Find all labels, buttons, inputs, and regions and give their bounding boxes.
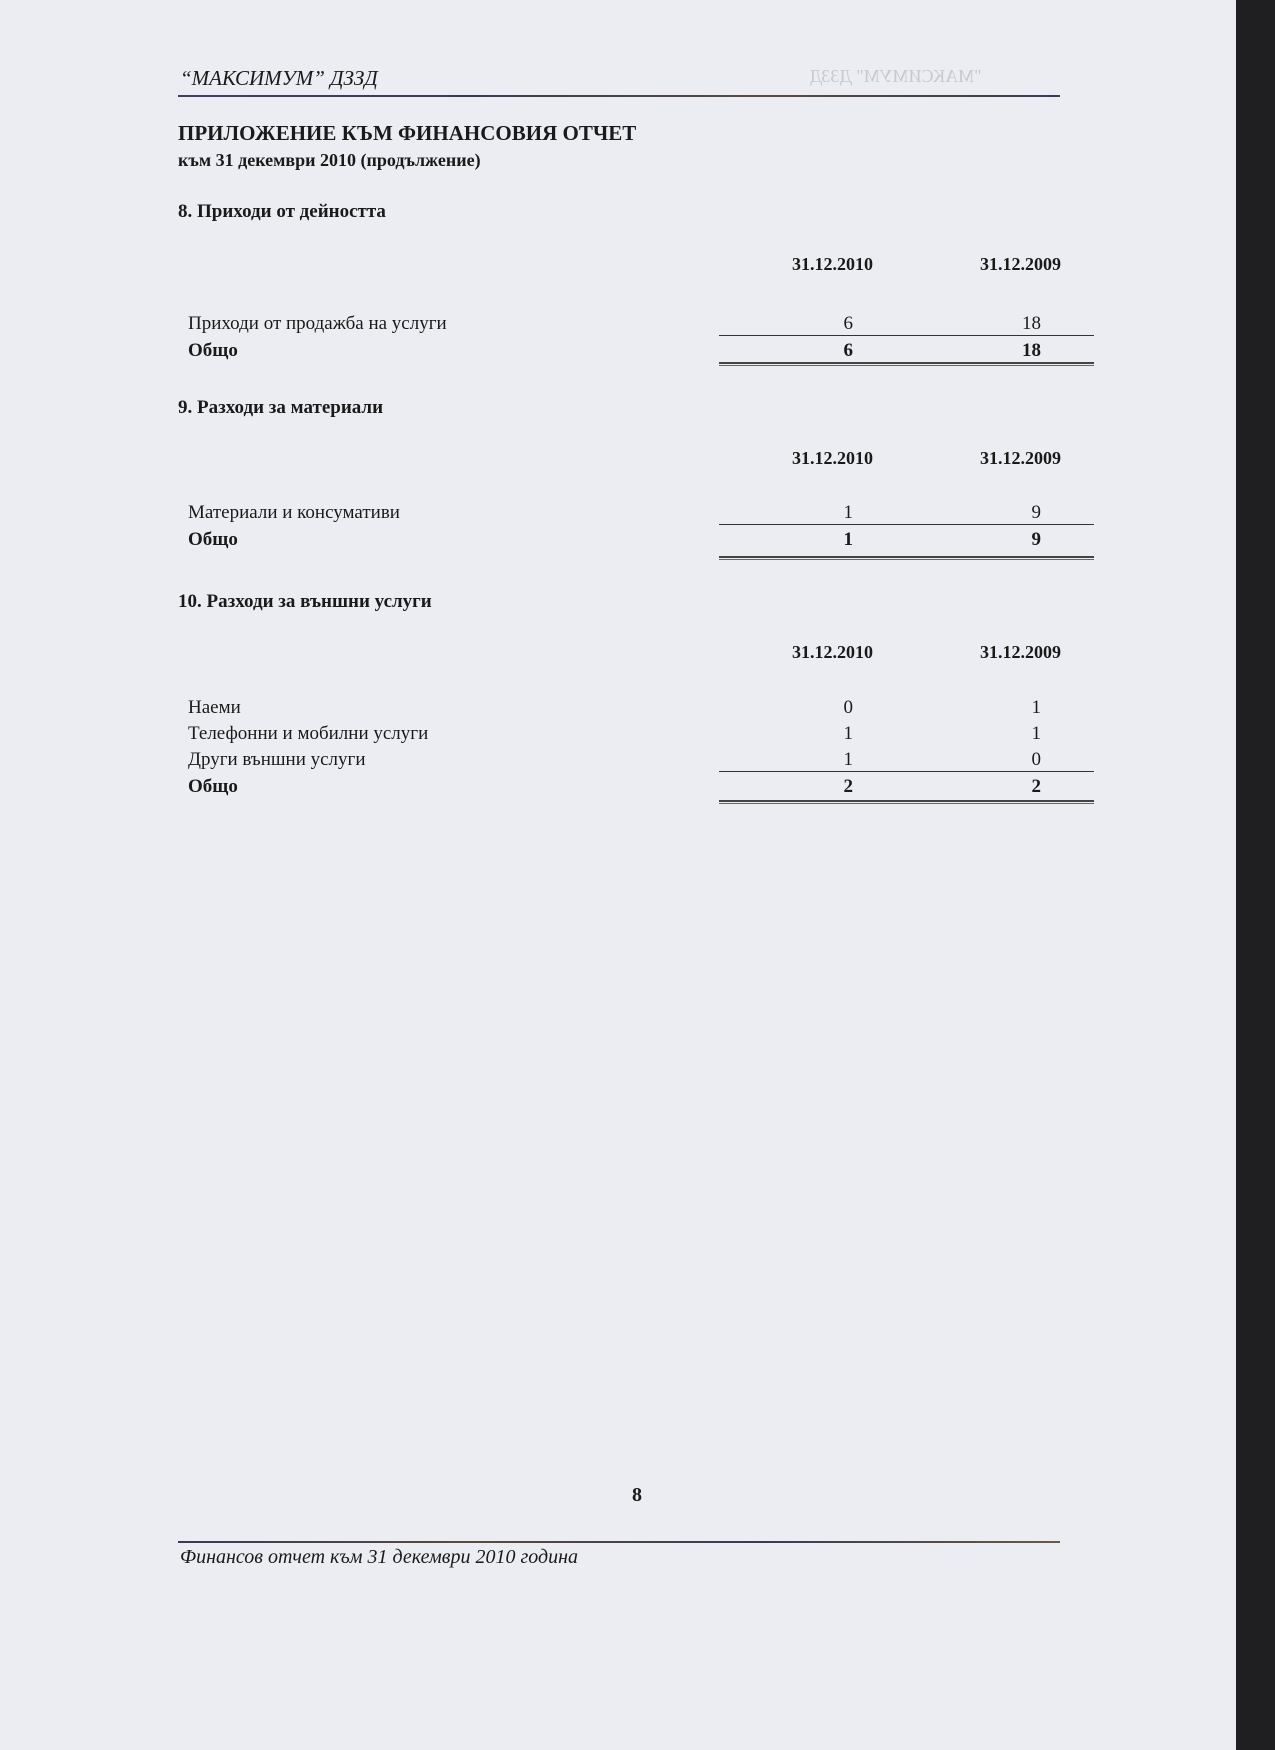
- total-2009: 2: [1001, 776, 1041, 798]
- total-2009: 9: [1001, 529, 1041, 551]
- total-2010: 6: [813, 340, 853, 362]
- value-2009: 0: [1001, 749, 1041, 771]
- value-2010: 1: [813, 502, 853, 524]
- page-number: 8: [632, 1484, 642, 1507]
- column-header-2009: 31.12.2009: [980, 448, 1061, 469]
- subtotal-rule: [719, 335, 1094, 336]
- column-header-2009: 31.12.2009: [980, 254, 1061, 275]
- document-page: "МАКСИМУМ" ДЗЗД “МАКСИМУМ” ДЗЗД ПРИЛОЖЕН…: [0, 0, 1236, 1750]
- section-title-external-services: 10. Разходи за външни услуги: [178, 591, 432, 613]
- value-2010: 0: [813, 697, 853, 719]
- row-label: Телефонни и мобилни услуги: [188, 723, 428, 745]
- header-rule: [178, 95, 1060, 97]
- row-label: Наеми: [188, 697, 241, 719]
- section-title-materials: 9. Разходи за материали: [178, 397, 383, 419]
- row-label: Приходи от продажба на услуги: [188, 313, 447, 335]
- company-header: “МАКСИМУМ” ДЗЗД: [180, 66, 378, 91]
- value-2010: 1: [813, 749, 853, 771]
- total-double-rule: [719, 362, 1094, 366]
- total-2009: 18: [1001, 340, 1041, 362]
- column-header-2010: 31.12.2010: [792, 448, 873, 469]
- total-double-rule: [719, 800, 1094, 804]
- total-label: Общо: [188, 529, 238, 551]
- column-header-2010: 31.12.2010: [792, 254, 873, 275]
- bleed-through-text: "МАКСИМУМ" ДЗЗД: [810, 66, 981, 87]
- total-2010: 1: [813, 529, 853, 551]
- subtotal-rule: [719, 771, 1094, 772]
- column-header-2010: 31.12.2010: [792, 642, 873, 663]
- row-label: Други външни услуги: [188, 749, 366, 771]
- total-label: Общо: [188, 776, 238, 798]
- section-title-revenue: 8. Приходи от дейността: [178, 201, 386, 223]
- total-double-rule: [719, 556, 1094, 560]
- value-2010: 6: [813, 313, 853, 335]
- value-2009: 9: [1001, 502, 1041, 524]
- footer-rule: [178, 1541, 1060, 1543]
- document-title: ПРИЛОЖЕНИЕ КЪМ ФИНАНСОВИЯ ОТЧЕТ: [178, 121, 636, 146]
- subtotal-rule: [719, 524, 1094, 525]
- footer-text: Финансов отчет към 31 декември 2010 годи…: [180, 1546, 578, 1569]
- value-2010: 1: [813, 723, 853, 745]
- scan-edge: [1236, 0, 1275, 1750]
- document-subtitle: към 31 декември 2010 (продължение): [178, 150, 481, 171]
- value-2009: 1: [1001, 697, 1041, 719]
- total-label: Общо: [188, 340, 238, 362]
- column-header-2009: 31.12.2009: [980, 642, 1061, 663]
- value-2009: 1: [1001, 723, 1041, 745]
- row-label: Материали и консумативи: [188, 502, 400, 524]
- value-2009: 18: [1001, 313, 1041, 335]
- total-2010: 2: [813, 776, 853, 798]
